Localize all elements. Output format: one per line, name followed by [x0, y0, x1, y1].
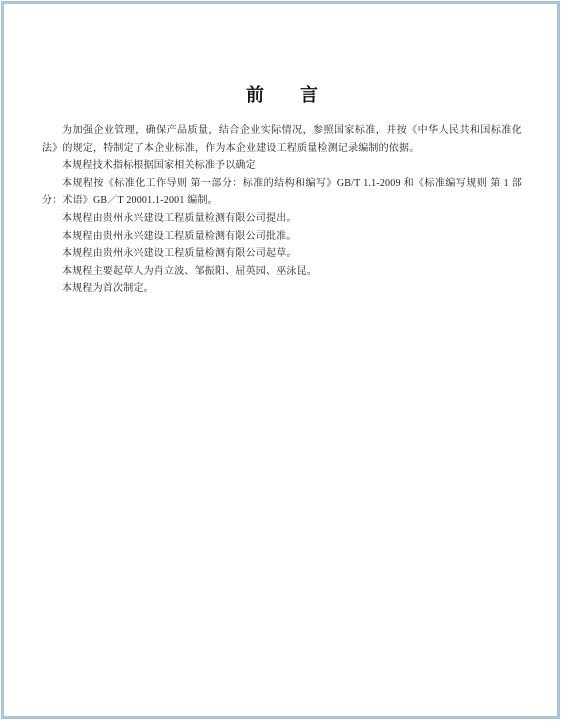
document-page: 前 言 为加强企业管理，确保产品质量，结合企业实际情况，参照国家标准，并按《中华… — [0, 0, 562, 722]
paragraph: 本规程由贵州永兴建设工程质量检测有限公司提出。 — [42, 210, 522, 228]
paragraph: 本规程技术指标根据国家相关标准予以确定 — [42, 157, 522, 175]
page-title: 前 言 — [42, 84, 522, 106]
paragraph: 本规程由贵州永兴建设工程质量检测有限公司批准。 — [42, 228, 522, 246]
paragraph-list: 为加强企业管理，确保产品质量，结合企业实际情况，参照国家标准，并按《中华人民共和… — [42, 122, 522, 298]
paragraph: 本规程为首次制定。 — [42, 280, 522, 298]
paragraph: 为加强企业管理，确保产品质量，结合企业实际情况，参照国家标准，并按《中华人民共和… — [42, 122, 522, 157]
paragraph: 本规程主要起草人为肖立波、邹振阳、屈英园、巫泳昆。 — [42, 263, 522, 281]
page-content: 前 言 为加强企业管理，确保产品质量，结合企业实际情况，参照国家标准，并按《中华… — [42, 84, 522, 298]
paragraph: 本规程按《标准化工作导则 第一部分：标准的结构和编写》GB/T 1.1-2009… — [42, 175, 522, 210]
paragraph: 本规程由贵州永兴建设工程质量检测有限公司起草。 — [42, 245, 522, 263]
